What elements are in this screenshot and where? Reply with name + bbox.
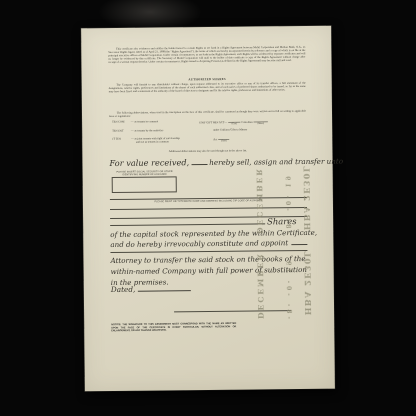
cust-blank: (Cust) [228, 120, 240, 125]
assignor-blank-line [191, 164, 207, 165]
for-value-received-text: For value received, [109, 157, 189, 168]
custodian-label: Custodian [241, 121, 252, 124]
abbreviation-meaning: — as tenants by the entireties [131, 129, 182, 133]
rights-legend-block: This certificate also evidences and enti… [108, 46, 305, 78]
unif-gift-label: UNIF GIFT MIN ACT— [199, 122, 227, 126]
print-label-block: PLEASE PRINT OR TYPEWRITE NAME AND ADDRE… [110, 199, 307, 206]
photo-background: This certificate also evidences and enti… [0, 0, 416, 416]
signature-notice-block: NOTICE: THE SIGNATURE TO THIS ASSIGNMENT… [111, 322, 236, 340]
constitute-appoint-text: and do hereby irrevocably constitute and… [110, 238, 288, 249]
minor-sublabel: (Minor) [257, 122, 264, 124]
dated-blank-line [138, 290, 191, 292]
dated-label: Dated, [111, 284, 136, 293]
abbreviation-row-ten-com: TEN COM — as tenants in common [112, 120, 212, 127]
abbreviation-code: TEN ENT [112, 129, 131, 132]
capital-stock-line-2: and do hereby irrevocably constitute and… [110, 237, 307, 248]
stamp-showthrough-lower-agent: HBA 2E30L [302, 250, 313, 315]
abbreviation-code: TEN COM [112, 121, 131, 124]
abbreviation-meaning: — as tenants in common [131, 120, 182, 124]
additional-abbreviations-note: Additional abbreviations may also be use… [109, 148, 306, 153]
abbreviation-code: JT TEN [112, 138, 131, 145]
write-in-line [110, 207, 307, 210]
state-sublabel: (State) [221, 140, 227, 142]
stamp-showthrough-upper-date: -8- -0- 19 [284, 173, 292, 234]
ssn-entry-box [112, 176, 177, 192]
minor-blank: (Minor) [254, 119, 268, 124]
authorized-shares-heading: AUTHORIZED SHARES [109, 76, 306, 82]
stamp-showthrough-lower-date: -8- -0- 19 [285, 258, 293, 319]
attorney-clause-line-1: Attorney to transfer the said stock on t… [110, 253, 305, 264]
furnish-paragraph-block: The Company will furnish to any sharehol… [109, 82, 306, 102]
dated-row: Dated, [111, 284, 192, 294]
rights-legend-paragraph: This certificate also evidences and enti… [108, 46, 305, 64]
sell-assign-transfer-text: hereby sell, assign and transfer unto [209, 156, 343, 166]
signature-notice: NOTICE: THE SIGNATURE TO THIS ASSIGNMENT… [111, 322, 236, 332]
assignment-opening-line: For value received, hereby sell, assign … [109, 155, 306, 167]
abbreviation-row-jt-ten: JT TEN — as joint tenants with right of … [112, 137, 212, 150]
stamp-showthrough-upper-month: DECEMBER [255, 167, 265, 234]
attorney-name-line [110, 249, 307, 252]
furnish-paragraph: The Company will furnish to any sharehol… [109, 82, 306, 94]
signature-line [174, 310, 291, 312]
abbreviation-row-ten-ent: TEN ENT — as tenants by the entireties [112, 128, 212, 135]
cust-sublabel: (Cust) [232, 122, 237, 124]
state-blank: (State) [218, 137, 229, 142]
unif-gift-under-row: under Uniform Gifts to Minors [213, 127, 306, 134]
stamp-showthrough-lower-month: DECEMBER [255, 252, 265, 319]
act-label: Act [213, 139, 217, 142]
shares-amount-line [110, 223, 265, 226]
appointee-blank-line [291, 244, 307, 245]
under-uniform-gifts-label: under Uniform Gifts to Minors [213, 127, 306, 131]
certificate-back-page: This certificate also evidences and enti… [81, 26, 335, 392]
abbreviation-meaning: — as joint tenants with right of survivo… [131, 137, 182, 144]
shares-word: Shares [267, 216, 296, 226]
attorney-clause-line-2: within-named Company with full power of … [111, 264, 307, 275]
unif-gift-act-row: Act (State) [213, 136, 306, 146]
abbreviations-intro: The following abbreviations, when used i… [109, 110, 306, 119]
stamp-showthrough-upper-agent: HBA 2E30L [302, 165, 313, 230]
